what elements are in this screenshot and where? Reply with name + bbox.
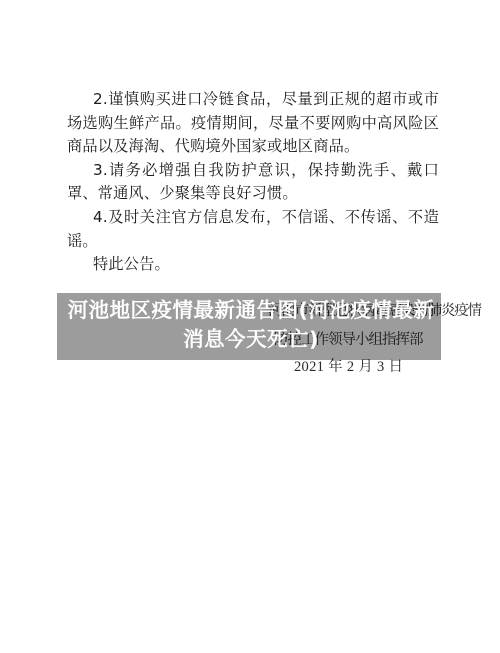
notice-closing: 特此公告。 — [67, 253, 439, 277]
notice-body: 2.谨慎购买进口冷链食品，尽量到正规的超市或市场选购生鲜产品。疫情期间，尽量不要… — [67, 88, 439, 277]
notice-item-3: 3.请务必增强自我防护意识，保持勤洗手、戴口罩、常通风、少聚集等良好习惯。 — [67, 159, 439, 206]
notice-item-2: 2.谨慎购买进口冷链食品，尽量到正规的超市或市场选购生鲜产品。疫情期间，尽量不要… — [67, 88, 439, 159]
notice-item-4: 4.及时关注官方信息发布，不信谣、不传谣、不造谣。 — [67, 206, 439, 253]
article-title-caption: 河池地区疫情最新通告图(河池疫情最新消息今天死亡) — [57, 293, 441, 360]
